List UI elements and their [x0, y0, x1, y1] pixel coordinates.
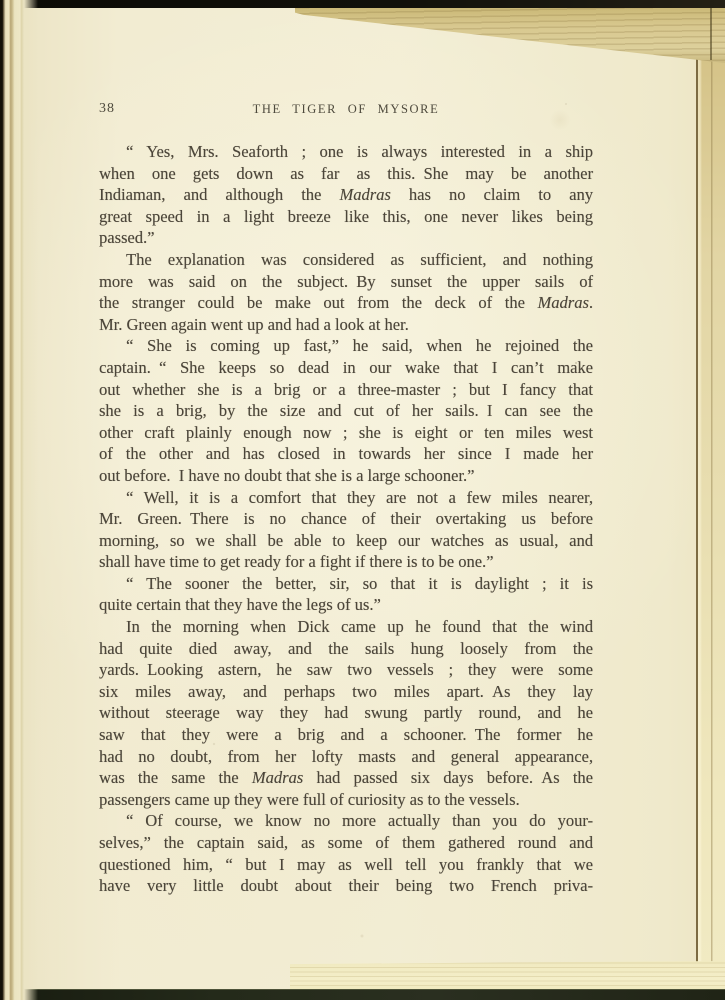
text-line: passengers came up they were full of cur… [99, 789, 593, 811]
paragraph: “ Well, it is a comfort that they are no… [99, 487, 593, 573]
text-line: “ Of course, we know no more actually th… [99, 810, 593, 832]
text-line: captain. “ She keeps so dead in our wake… [99, 357, 593, 379]
text-line: had no doubt, from her lofty masts and g… [99, 746, 593, 768]
text-line: morning, so we shall be able to keep our… [99, 530, 593, 552]
paragraph: In the morning when Dick came up he foun… [99, 616, 593, 810]
text-line: without steerage way they had swung part… [99, 702, 593, 724]
text-line: out whether she is a brig or a three-mas… [99, 379, 593, 401]
text-line: great speed in a light breeze like this,… [99, 206, 593, 228]
text-line: had quite died away, and the sails hung … [99, 638, 593, 660]
text-line: of the other and has closed in towards h… [99, 443, 593, 465]
paragraph: “ She is coming up fast,” he said, when … [99, 335, 593, 486]
italic-ship-name: Madras [252, 768, 303, 787]
book-cover-bottom-edge [0, 989, 725, 1000]
text-line: she is a brig, by the size and cut of he… [99, 400, 593, 422]
page-header: 38 THE TIGER OF MYSORE [99, 100, 593, 118]
text-line: Mr. Green. There is no chance of their o… [99, 508, 593, 530]
text-line: questioned him, “ but I may as well tell… [99, 854, 593, 876]
page-stack-top-right [295, 7, 725, 63]
text-line: “ She is coming up fast,” he said, when … [99, 335, 593, 357]
page-edge-line [710, 0, 712, 60]
page-number: 38 [99, 101, 115, 117]
text-line: yards. Looking astern, he saw two vessel… [99, 659, 593, 681]
text-line: saw that they were a brig and a schooner… [99, 724, 593, 746]
text-line: “ Well, it is a comfort that they are no… [99, 487, 593, 509]
text-line: “ The sooner the better, sir, so that it… [99, 573, 593, 595]
text-line: Indiaman, and although the Madras has no… [99, 184, 593, 206]
paragraph: “ The sooner the better, sir, so that it… [99, 573, 593, 616]
body-text: “ Yes, Mrs. Seaforth ; one is always int… [99, 141, 593, 897]
text-line: six miles away, and perhaps two miles ap… [99, 681, 593, 703]
text-line: have very little doubt about their being… [99, 875, 593, 897]
paragraph: “ Yes, Mrs. Seaforth ; one is always int… [99, 141, 593, 249]
text-line: out before. I have no doubt that she is … [99, 465, 593, 487]
italic-ship-name: Madras [339, 185, 390, 204]
text-line: more was said on the subject. By sunset … [99, 271, 593, 293]
text-line: selves,” the captain said, as some of th… [99, 832, 593, 854]
book-page-scan: 38 THE TIGER OF MYSORE “ Yes, Mrs. Seafo… [0, 0, 725, 1000]
text-line: In the morning when Dick came up he foun… [99, 616, 593, 638]
text-line: The explanation was considered as suffic… [99, 249, 593, 271]
running-title: THE TIGER OF MYSORE [99, 100, 593, 117]
text-line: other craft plainly enough now ; she is … [99, 422, 593, 444]
text-line: when one gets down as far as this. She m… [99, 163, 593, 185]
text-line: “ Yes, Mrs. Seaforth ; one is always int… [99, 141, 593, 163]
text-line: was the same the Madras had passed six d… [99, 767, 593, 789]
book-binding-left-edge [0, 0, 38, 1000]
text-line: the stranger could be make out from the … [99, 292, 593, 314]
text-line: passed.” [99, 227, 593, 249]
paragraph: “ Of course, we know no more actually th… [99, 810, 593, 896]
paragraph: The explanation was considered as suffic… [99, 249, 593, 335]
text-line: shall have time to get ready for a fight… [99, 551, 593, 573]
book-cover-top-edge [0, 0, 725, 8]
italic-ship-name: Madras [538, 293, 589, 312]
page-stack-right-edge [696, 0, 725, 988]
text-line: Mr. Green again went up and had a look a… [99, 314, 593, 336]
text-line: quite certain that they have the legs of… [99, 594, 593, 616]
